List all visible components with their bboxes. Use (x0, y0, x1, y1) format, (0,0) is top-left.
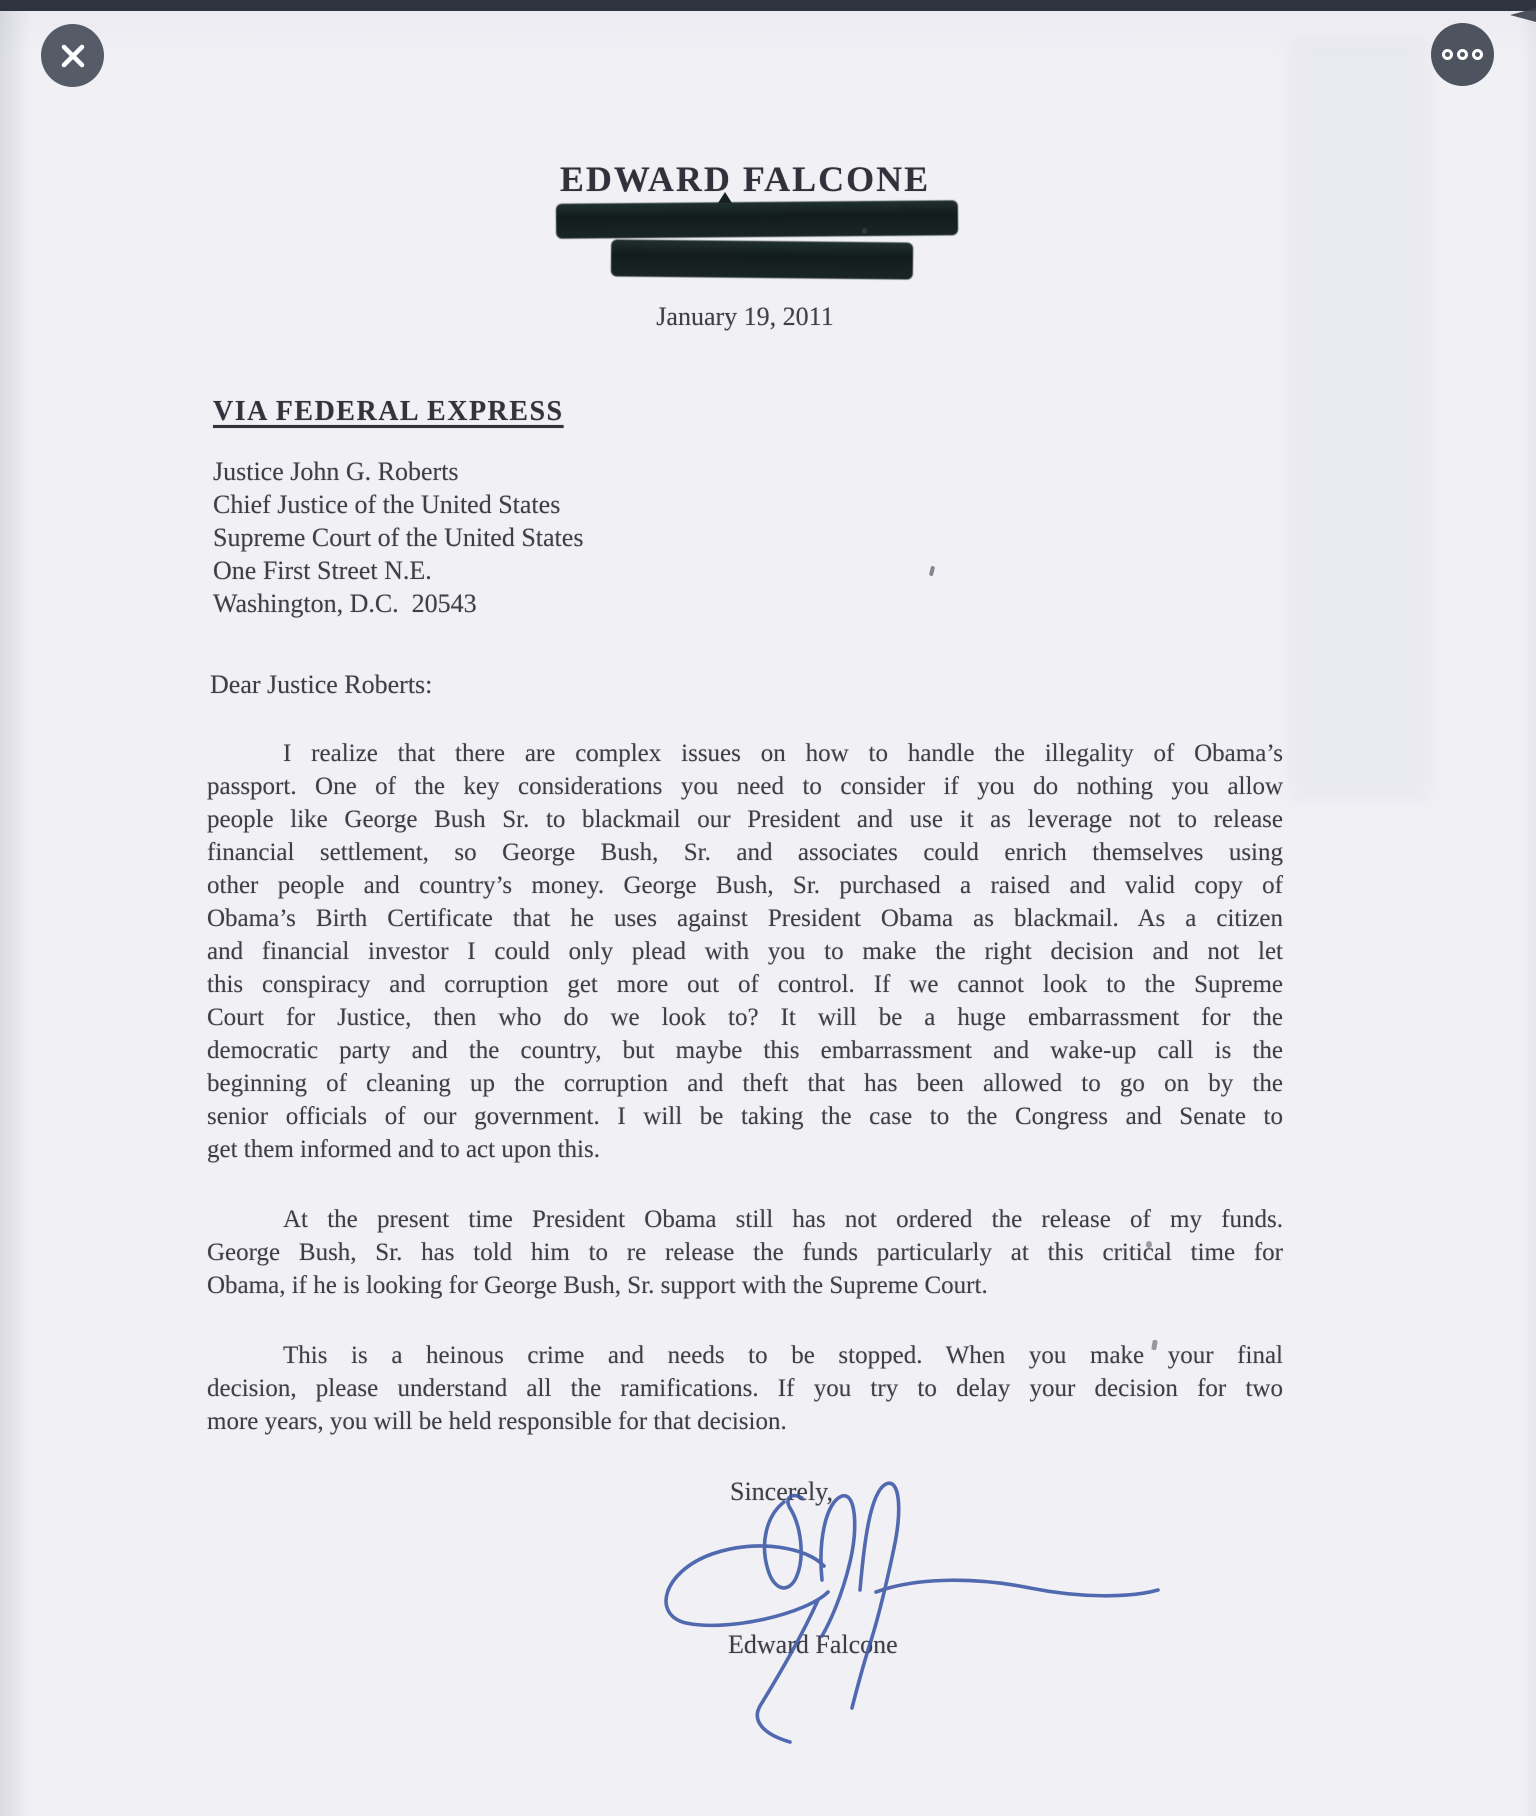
address-line: Washington, D.C. 20543 (213, 587, 913, 620)
recipient-address: Justice John G. RobertsChief Justice of … (213, 455, 913, 620)
paragraph-line: senior officials of our government. I wi… (207, 1100, 1283, 1133)
signature-tail-stroke (876, 1580, 1158, 1596)
signature-ink-icon (560, 1440, 1200, 1780)
paragraph-line: more years, you will be held responsible… (207, 1405, 1283, 1438)
paragraph-line: Obama, if he is looking for George Bush,… (207, 1269, 1283, 1302)
paragraph-line: decision, please understand all the rami… (207, 1372, 1283, 1405)
signature-loop-stroke (765, 1496, 802, 1588)
signature-loop-stroke (821, 1496, 855, 1636)
three-dots-icon (1442, 49, 1483, 60)
letter-paragraph: I realize that there are complex issues … (207, 737, 1283, 1166)
salutation: Dear Justice Roberts: (210, 670, 432, 700)
paragraph-line: I realize that there are complex issues … (207, 737, 1283, 770)
paragraph-line: Court for Justice, then who do we look t… (207, 1001, 1283, 1034)
signature-tall-stroke (852, 1483, 899, 1708)
scan-speck (862, 228, 867, 234)
signature-descender-stroke (757, 1600, 818, 1742)
more-options-button[interactable] (1431, 23, 1494, 86)
paragraph-line: At the present time President Obama stil… (207, 1203, 1283, 1236)
paragraph-line: get them informed and to act upon this. (207, 1133, 1283, 1166)
redaction-artifact (718, 192, 732, 203)
dot-icon (1442, 49, 1453, 60)
dot-icon (1472, 49, 1483, 60)
paragraph-line: This is a heinous crime and needs to be … (207, 1339, 1283, 1372)
scan-corner-artifact (1510, 8, 1536, 22)
address-line: Justice John G. Roberts (213, 455, 913, 488)
address-line: Chief Justice of the United States (213, 488, 913, 521)
paragraph-line: passport. One of the key considerations … (207, 770, 1283, 803)
redaction-bar-address-line-2 (611, 239, 913, 279)
letterhead-name: EDWARD FALCONE (207, 158, 1283, 200)
delivery-method: VIA FEDERAL EXPRESS (213, 396, 564, 428)
address-line: Supreme Court of the United States (213, 521, 913, 554)
paragraph-line: other people and country’s money. George… (207, 869, 1283, 902)
paragraph-line: George Bush, Sr. has told him to re rele… (207, 1236, 1283, 1269)
letter-date: January 19, 2011 (207, 302, 1283, 332)
redaction-bar-address-line-1 (556, 200, 958, 239)
paragraph-line: this conspiracy and corruption get more … (207, 968, 1283, 1001)
scan-speck (1146, 1241, 1152, 1248)
letter-paragraph: At the present time President Obama stil… (207, 1203, 1283, 1302)
paragraph-line: financial settlement, so George Bush, Sr… (207, 836, 1283, 869)
paragraph-line: democratic party and the country, but ma… (207, 1034, 1283, 1067)
paragraph-line: people like George Bush Sr. to blackmail… (207, 803, 1283, 836)
address-line: One First Street N.E. (213, 554, 913, 587)
scan-shading (1290, 40, 1430, 800)
dot-icon (1457, 49, 1468, 60)
top-bar (0, 0, 1536, 11)
signature-oval-stroke (666, 1546, 828, 1625)
letter-paragraph: This is a heinous crime and needs to be … (207, 1339, 1283, 1438)
close-icon (58, 41, 88, 71)
image-viewer: EDWARD FALCONE January 19, 2011 VIA FEDE… (0, 0, 1536, 1816)
paragraph-line: beginning of cleaning up the corruption … (207, 1067, 1283, 1100)
paragraph-line: Obama’s Birth Certificate that he uses a… (207, 902, 1283, 935)
paragraph-line: and financial investor I could only plea… (207, 935, 1283, 968)
close-button[interactable] (41, 24, 104, 87)
